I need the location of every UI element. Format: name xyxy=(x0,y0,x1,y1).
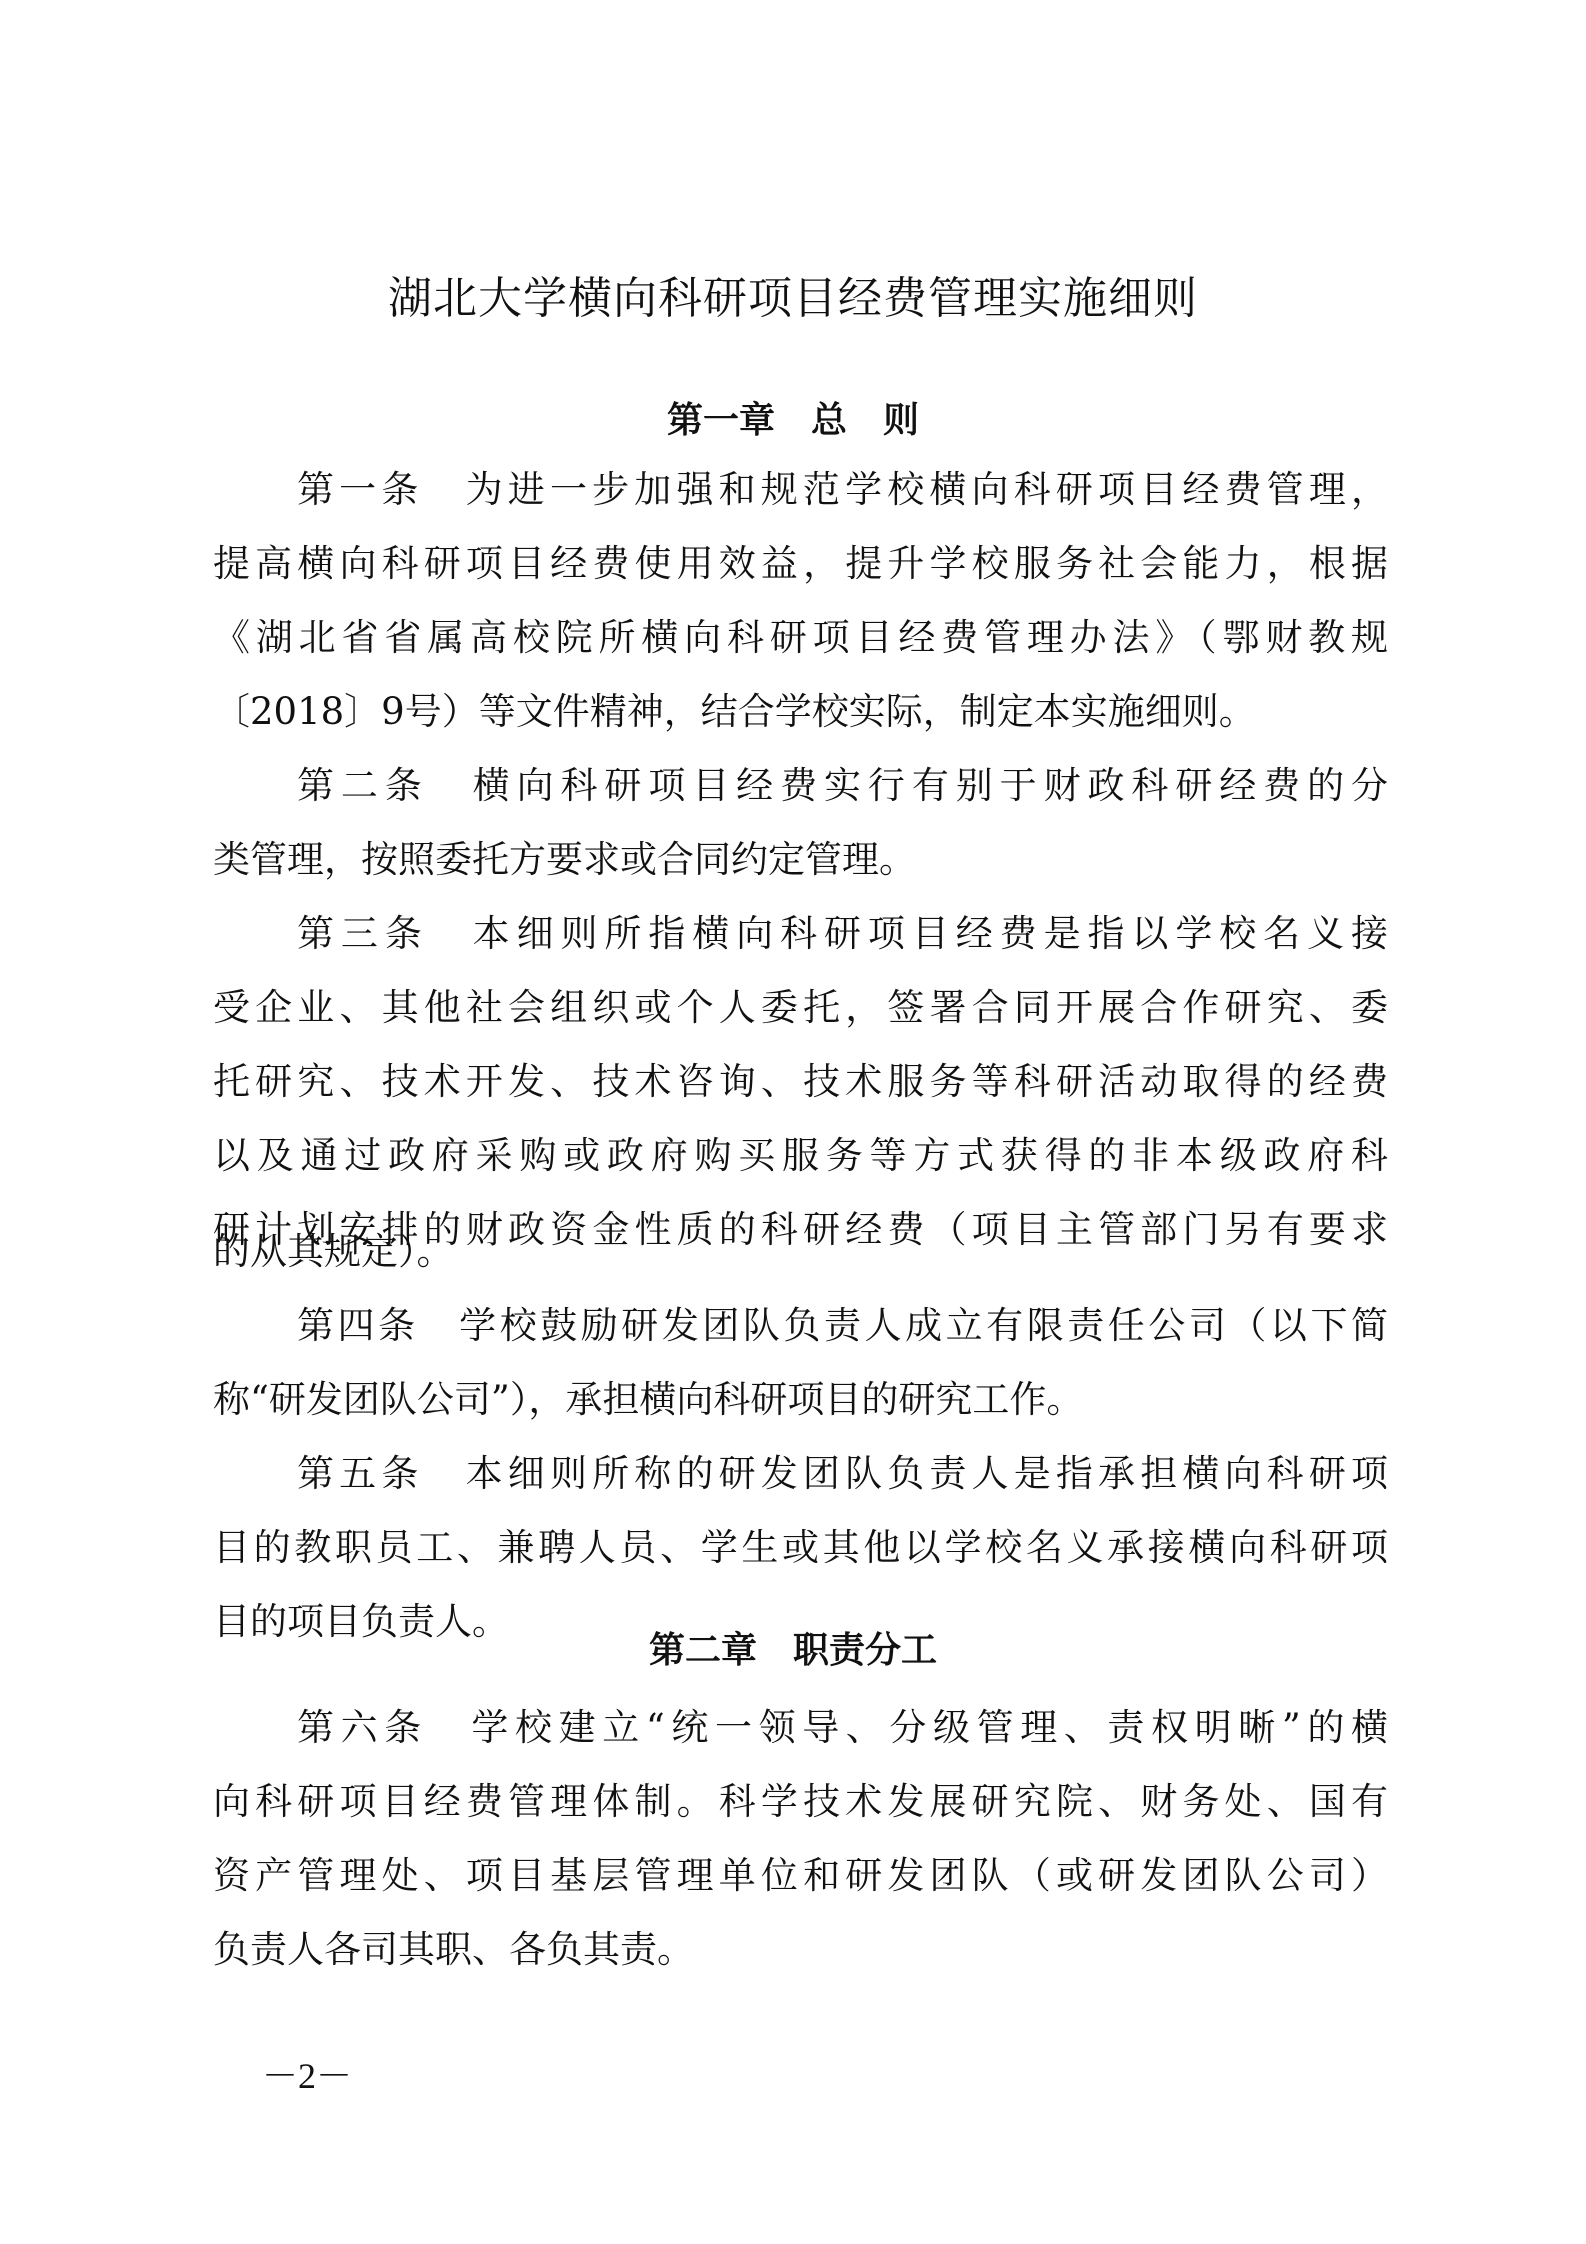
chapter-heading-2: 第二章 职责分工 xyxy=(0,1622,1586,1673)
article-line: 的从其规定）。 xyxy=(213,1224,1388,1280)
article-line: 《湖北省省属高校院所横向科研项目经费管理办法》（鄂财教规 xyxy=(213,610,1388,666)
article-line: 托研究、技术开发、技术咨询、技术服务等科研活动取得的经费 xyxy=(213,1054,1388,1110)
page-number: －2－ xyxy=(262,2048,352,2099)
article-line: 以及通过政府采购或政府购买服务等方式获得的非本级政府科 xyxy=(213,1128,1388,1184)
article-line: 第三条 本细则所指横向科研项目经费是指以学校名义接 xyxy=(297,906,1388,962)
article-line: 提高横向科研项目经费使用效益，提升学校服务社会能力，根据 xyxy=(213,536,1388,592)
article-line: 负责人各司其职、各负其责。 xyxy=(213,1922,1388,1978)
article-line: 第二条 横向科研项目经费实行有别于财政科研经费的分 xyxy=(297,758,1388,814)
article-line: 〔2018〕9号）等文件精神，结合学校实际，制定本实施细则。 xyxy=(213,684,1388,740)
chapter-heading-1: 第一章 总 则 xyxy=(0,392,1586,443)
article-line: 第四条 学校鼓励研发团队负责人成立有限责任公司（以下简 xyxy=(297,1298,1388,1354)
article-line: 第六条 学校建立“统一领导、分级管理、责权明晰”的横 xyxy=(297,1700,1388,1756)
article-line: 资产管理处、项目基层管理单位和研发团队（或研发团队公司） xyxy=(213,1848,1388,1904)
article-line: 称“研发团队公司”），承担横向科研项目的研究工作。 xyxy=(213,1372,1388,1428)
article-line: 目的教职员工、兼聘人员、学生或其他以学校名义承接横向科研项 xyxy=(213,1520,1388,1576)
document-title: 湖北大学横向科研项目经费管理实施细则 xyxy=(0,262,1586,326)
article-line: 类管理，按照委托方要求或合同约定管理。 xyxy=(213,832,1388,888)
document-page: 湖北大学横向科研项目经费管理实施细则 第一章 总 则 第一条 为进一步加强和规范… xyxy=(0,0,1586,2244)
article-line: 向科研项目经费管理体制。科学技术发展研究院、财务处、国有 xyxy=(213,1774,1388,1830)
article-line: 第五条 本细则所称的研发团队负责人是指承担横向科研项 xyxy=(297,1446,1388,1502)
article-line: 第一条 为进一步加强和规范学校横向科研项目经费管理， xyxy=(297,462,1388,518)
article-line: 受企业、其他社会组织或个人委托，签署合同开展合作研究、委 xyxy=(213,980,1388,1036)
